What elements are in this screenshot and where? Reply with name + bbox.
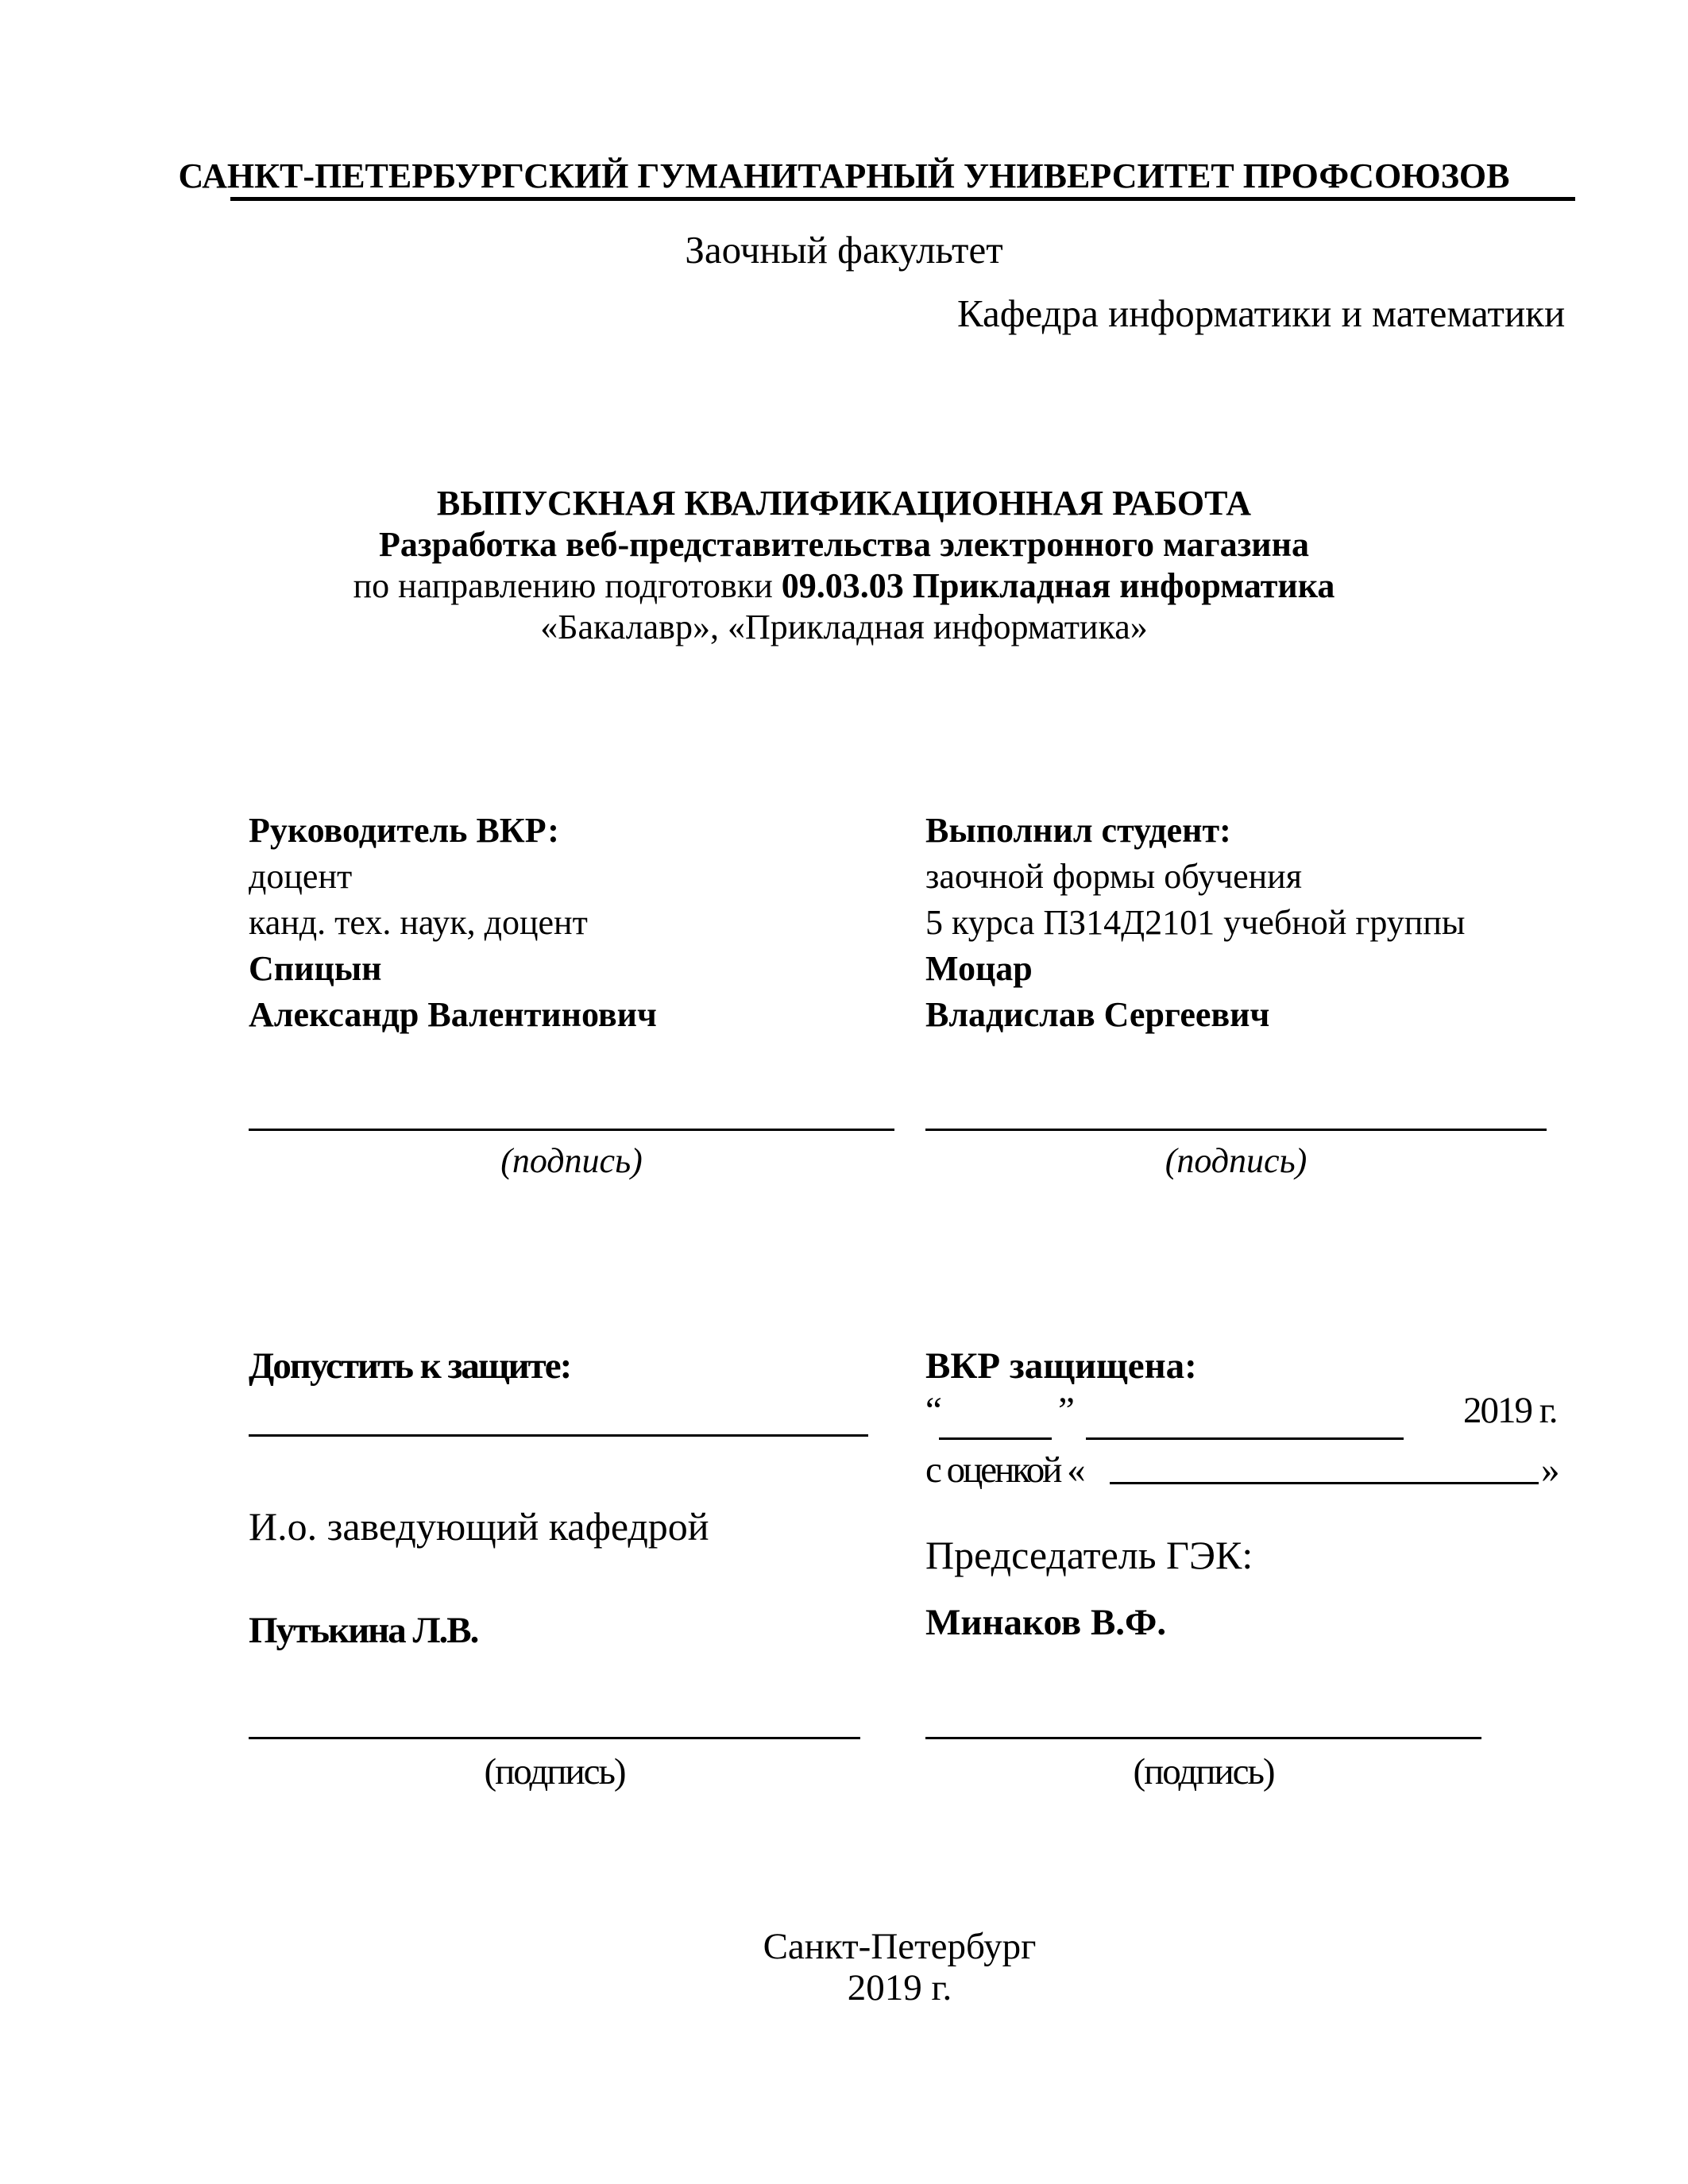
defense-date-year: 2019 г. <box>1463 1392 1556 1430</box>
supervisor-signature-line[interactable] <box>249 1129 894 1131</box>
supervisor-heading: Руководитель ВКР: <box>249 813 559 848</box>
admission-blank-line[interactable] <box>249 1434 868 1437</box>
admission-role: И.о. заведующий кафедрой <box>249 1507 709 1546</box>
student-signature-caption: (подпись) <box>925 1144 1547 1179</box>
student-signature-line[interactable] <box>925 1129 1547 1131</box>
student-surname: Моцар <box>925 951 1033 986</box>
direction-line: по направлению подготовки 09.03.03 Прикл… <box>0 569 1688 604</box>
student-given-names: Владислав Сергеевич <box>925 997 1269 1032</box>
thesis-topic: Разработка веб-представительства электро… <box>0 527 1688 562</box>
direction-code: 09.03.03 Прикладная информатика <box>782 566 1335 605</box>
defense-grade-prefix: с оценкой « <box>925 1452 1083 1489</box>
student-study-form: заочной формы обучения <box>925 859 1302 894</box>
supervisor-signature-caption: (подпись) <box>249 1144 894 1179</box>
header-rule <box>230 197 1575 201</box>
defense-signature-line[interactable] <box>925 1737 1481 1739</box>
faculty-name: Заочный факультет <box>0 230 1688 269</box>
admission-name: Путькина Л.В. <box>249 1612 477 1650</box>
admission-signature-caption: (подпись) <box>249 1754 860 1791</box>
defense-day-blank[interactable] <box>939 1437 1052 1440</box>
admission-signature-line[interactable] <box>249 1737 860 1739</box>
work-type-title: ВЫПУСКНАЯ КВАЛИФИКАЦИОННАЯ РАБОТА <box>0 486 1688 521</box>
defense-chair-role: Председатель ГЭК: <box>925 1535 1253 1575</box>
supervisor-position: доцент <box>249 859 352 894</box>
defense-date-close-quote: ” <box>1058 1392 1075 1430</box>
defense-signature-caption: (подпись) <box>925 1754 1481 1791</box>
student-heading: Выполнил студент: <box>925 813 1231 848</box>
department-name: Кафедра информатики и математики <box>957 294 1565 333</box>
defense-chair-name: Минаков В.Ф. <box>925 1604 1166 1642</box>
supervisor-degree: канд. тех. наук, доцент <box>249 905 588 940</box>
footer-year: 2019 г. <box>56 1970 1688 2007</box>
direction-prefix: по направлению подготовки <box>353 566 782 605</box>
student-group: 5 курса ПЗ14Д2101 учебной группы <box>925 905 1465 940</box>
supervisor-given-names: Александр Валентинович <box>249 997 657 1032</box>
defense-date-open-quote: “ <box>925 1392 942 1430</box>
qualification-line: «Бакалавр», «Прикладная информатика» <box>0 610 1688 645</box>
admission-heading: Допустить к защите: <box>249 1348 570 1385</box>
university-name: САНКТ-ПЕТЕРБУРГСКИЙ ГУМАНИТАРНЫЙ УНИВЕРС… <box>0 159 1688 194</box>
defense-grade-blank[interactable] <box>1110 1482 1539 1484</box>
defense-grade-suffix: » <box>1541 1452 1560 1489</box>
footer-city: Санкт-Петербург <box>56 1928 1688 1966</box>
supervisor-surname: Спицын <box>249 951 382 986</box>
defense-month-blank[interactable] <box>1086 1437 1404 1440</box>
defense-heading: ВКР защищена: <box>925 1348 1197 1385</box>
